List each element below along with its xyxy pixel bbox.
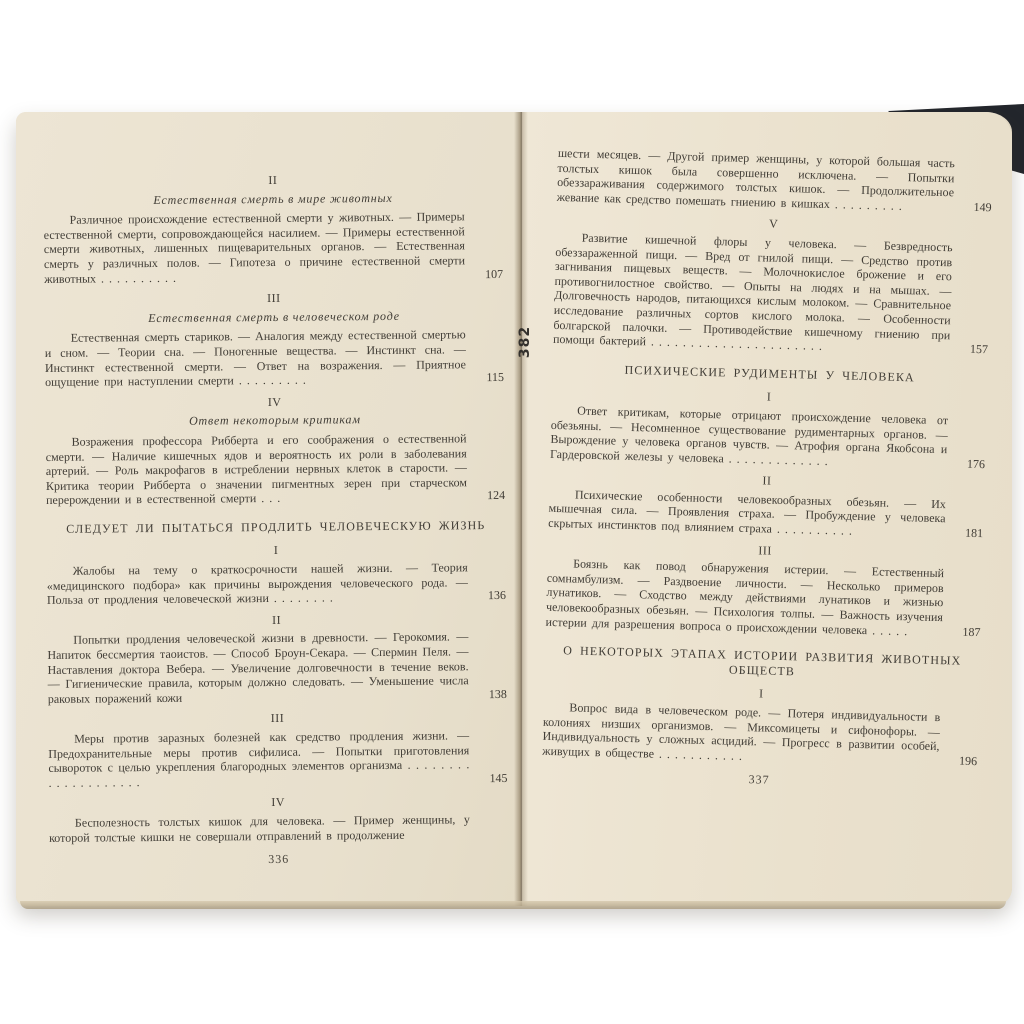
toc-entry: Естественная смерть стариков. — Аналогия… <box>45 327 504 389</box>
toc-entry-text: Развитие кишечной флоры у человека. — Бе… <box>553 231 953 353</box>
section-numeral: I <box>46 541 505 560</box>
toc-entry: Меры против заразных болезней как средст… <box>48 728 507 790</box>
toc-entry-text: Меры против заразных болезней как средст… <box>48 728 469 789</box>
open-book-photo: II Естественная смерть в мире животных Р… <box>16 112 1012 906</box>
right-page: шести месяцев. — Другой пример женщины, … <box>521 112 1012 906</box>
toc-entry-text: Возражения профессора Рибберта и его соо… <box>46 431 467 507</box>
left-page-content: II Естественная смерть в мире животных Р… <box>13 110 525 869</box>
chapter-heading: О НЕКОТОРЫХ ЭТАПАХ ИСТОРИИ РАЗВИТИЯ ЖИВО… <box>544 643 980 684</box>
page-ref: 176 <box>967 456 985 471</box>
toc-entry-text: Жалобы на тему о краткосрочности нашей ж… <box>47 560 468 607</box>
page-ref: 187 <box>962 624 980 639</box>
section-heading: Ответ некоторым критикам <box>45 411 504 430</box>
toc-entry-text: Различное происхождение естественной сме… <box>44 209 465 285</box>
toc-entry: Вопрос вида в человеческом роде. — Потер… <box>542 700 978 770</box>
page-ref: 124 <box>487 488 505 503</box>
toc-entry: Попытки продления человеческой жизни в д… <box>47 629 507 706</box>
toc-entry: Возражения профессора Рибберта и его соо… <box>46 431 506 508</box>
toc-entry: шести месяцев. — Другой пример женщины, … <box>557 146 993 216</box>
toc-entry: Психические особенности человекообразных… <box>548 487 984 542</box>
page-ref: 107 <box>485 267 503 282</box>
section-heading: Естественная смерть в человеческом роде <box>44 308 503 327</box>
toc-entry: Развитие кишечной флоры у человека. — Бе… <box>553 230 991 358</box>
toc-entry-text: Ответ критикам, которые отрицают происхо… <box>550 403 948 467</box>
section-numeral: IV <box>45 393 504 412</box>
toc-entry-text: Естественная смерть стариков. — Аналогия… <box>45 328 466 389</box>
toc-entry-text: Бесполезность толстых кишок для человека… <box>49 812 470 844</box>
page-ref: 157 <box>970 342 988 357</box>
toc-entry: Ответ критикам, которые отрицают происхо… <box>550 403 986 473</box>
section-numeral: IV <box>49 793 508 812</box>
toc-entry: Бесполезность толстых кишок для человека… <box>49 812 508 845</box>
section-numeral: III <box>44 289 503 308</box>
page-ref: 181 <box>965 526 983 541</box>
toc-entry-text: Попытки продления человеческой жизни в д… <box>47 630 468 706</box>
book-gutter-shadow <box>514 112 528 906</box>
toc-entry-text: Боязнь как повод обнаружения истерии. — … <box>545 557 944 638</box>
toc-entry-text: Психические особенности человекообразных… <box>548 487 946 537</box>
page-ref: 138 <box>489 687 507 702</box>
toc-entry: Боязнь как повод обнаружения истерии. — … <box>545 556 982 640</box>
page-number: 337 <box>541 767 976 793</box>
chapter-heading: СЛЕДУЕТ ЛИ ПЫТАТЬСЯ ПРОДЛИТЬ ЧЕЛОВЕЧЕСКУ… <box>46 518 505 537</box>
toc-entry-text: Вопрос вида в человеческом роде. — Потер… <box>542 700 940 762</box>
toc-entry: Различное происхождение естественной сме… <box>44 209 504 286</box>
page-ref: 115 <box>486 370 504 385</box>
chapter-heading: ПСИХИЧЕСКИЕ РУДИМЕНТЫ У ЧЕЛОВЕКА <box>552 361 987 387</box>
page-ref: 196 <box>959 753 977 768</box>
section-heading: Естественная смерть в мире животных <box>43 190 502 209</box>
toc-entry: Жалобы на тему о краткосрочности нашей ж… <box>47 560 506 608</box>
right-page-content: шести месяцев. — Другой пример женщины, … <box>503 111 1011 794</box>
section-numeral: III <box>48 709 507 728</box>
left-page: II Естественная смерть в мире животных Р… <box>16 112 521 906</box>
toc-entry-text: шести месяцев. — Другой пример женщины, … <box>557 146 955 213</box>
spine-stamp-number: 382 <box>517 322 533 362</box>
section-numeral: II <box>47 611 506 630</box>
section-numeral: II <box>43 171 502 190</box>
page-number: 336 <box>49 850 508 869</box>
page-ref: 149 <box>973 200 991 215</box>
page-ref: 136 <box>488 588 506 603</box>
